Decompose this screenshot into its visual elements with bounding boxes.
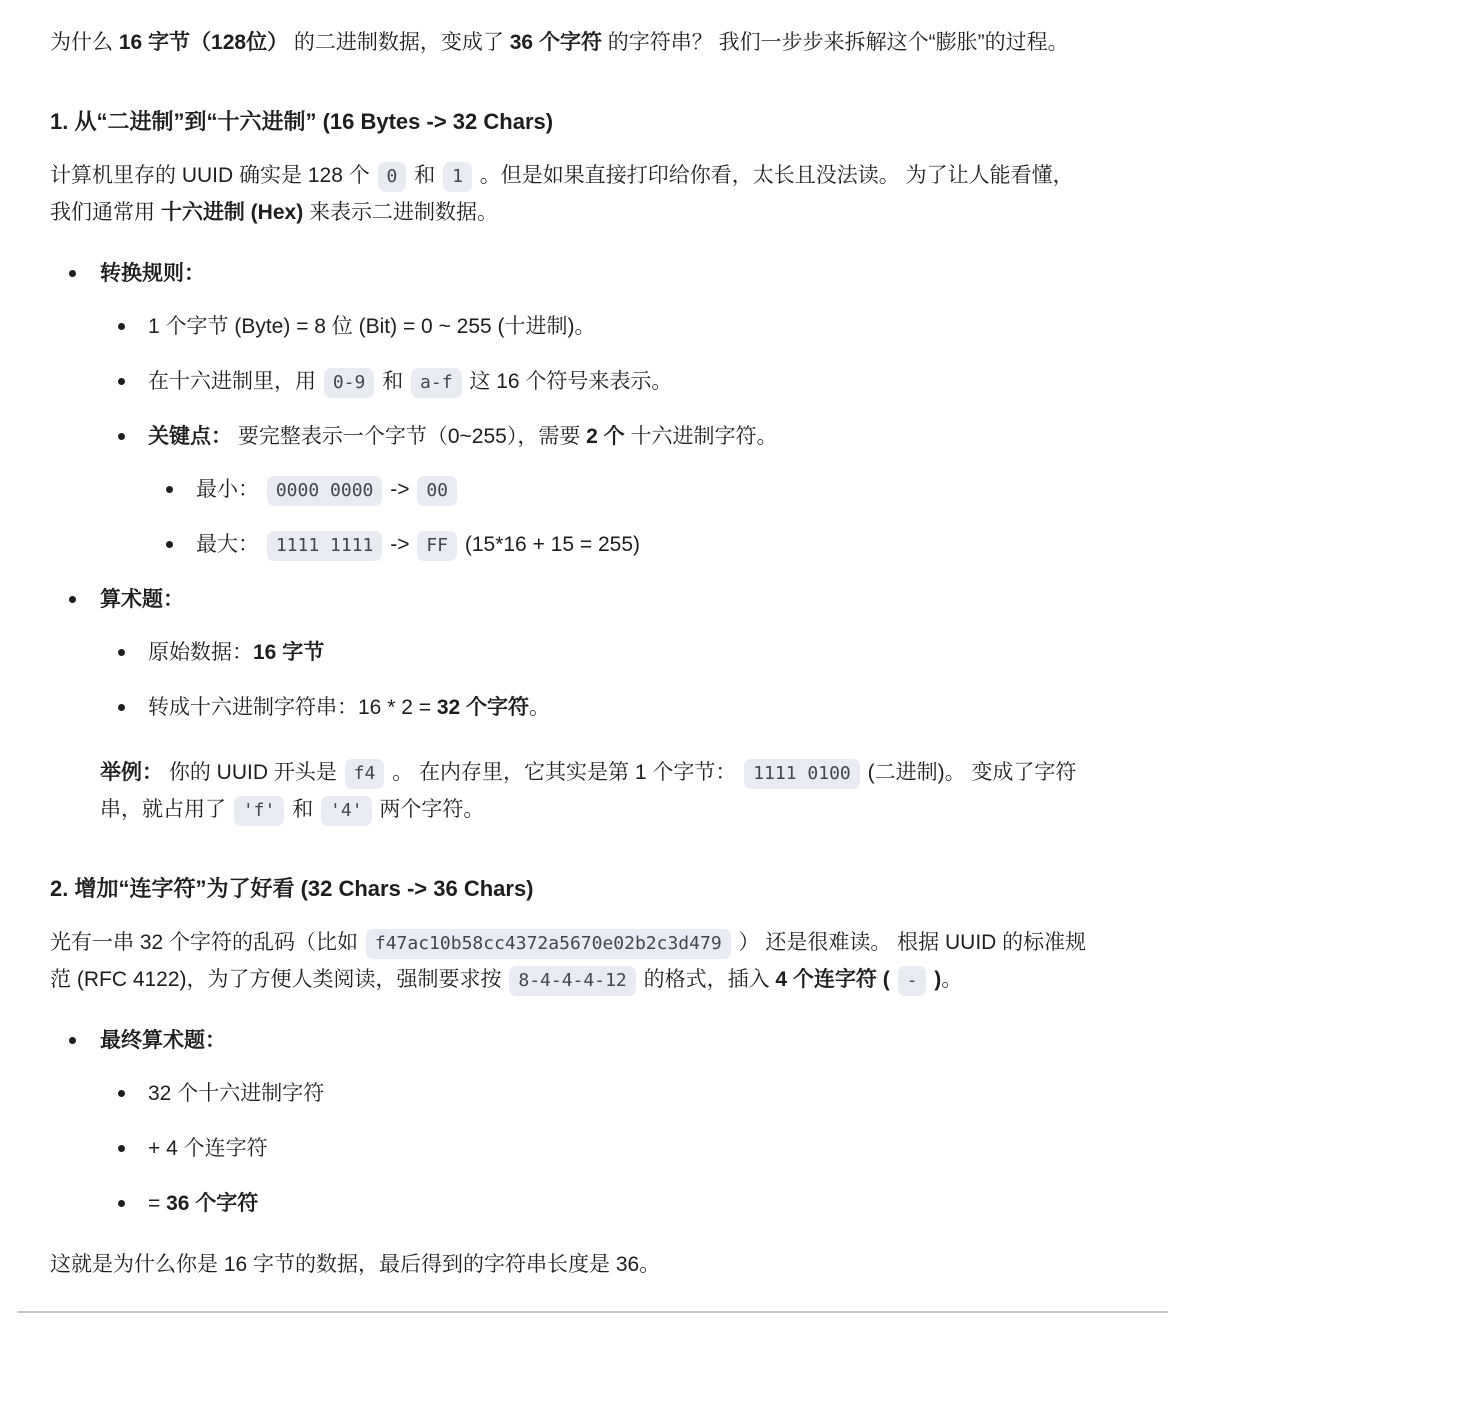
inline-code-chip: 'f' [234, 796, 285, 826]
raw-data-item: 原始数据：16 字节 [100, 634, 1090, 671]
bullet-list: 1 个字节 (Byte) = 8 位 (Bit) = 0 ~ 255 (十进制)… [100, 308, 1090, 563]
bullet-list: 最小： 0000 0000 -> 00最大： 1111 1111 -> FF (… [148, 471, 1090, 563]
text-run: 这 16 个符号来表示。 [464, 370, 673, 393]
text-run: 在十六进制里，用 [148, 370, 322, 393]
document: 为什么 16 字节（128位） 的二进制数据，变成了 36 个字符 的字符串？ … [0, 0, 1461, 1409]
bold-text: 最终算术题： [100, 1029, 226, 1052]
text-run: 为什么 [50, 31, 119, 54]
byte-definition-item: 1 个字节 (Byte) = 8 位 (Bit) = 0 ~ 255 (十进制)… [100, 308, 1090, 345]
text-run: 十六进制字符。 [625, 425, 778, 448]
text-run: 。 [529, 696, 550, 719]
bold-text: 2 个 [586, 425, 625, 448]
bold-text: 36 个字符 [510, 31, 602, 54]
max-example-item: 最大： 1111 1111 -> FF (15*16 + 15 = 255) [148, 526, 1090, 563]
text-run: 两个字符。 [374, 798, 485, 821]
inline-code-chip: 00 [417, 476, 457, 506]
bold-text: 16 字节 [253, 641, 324, 664]
horizontal-divider [17, 1311, 1168, 1313]
bold-text: 十六进制 (Hex) [161, 201, 303, 224]
inline-code-chip: FF [417, 531, 457, 561]
hex-chars-item: 32 个十六进制字符 [100, 1075, 1090, 1112]
section-1-heading: 1. 从“二进制”到“十六进制” (16 Bytes -> 32 Chars) [50, 107, 1090, 137]
text-run: -> [384, 478, 415, 501]
bold-text: 举例： [100, 761, 163, 784]
final-arithmetic-item: 最终算术题：32 个十六进制字符+ 4 个连字符= 36 个字符 [50, 1022, 1090, 1222]
text-run: 原始数据： [148, 641, 253, 664]
text-run: 。 [941, 968, 962, 991]
inline-code-chip: 0000 0000 [267, 476, 383, 506]
min-example-item: 最小： 0000 0000 -> 00 [148, 471, 1090, 508]
section-2-heading: 2. 增加“连字符”为了好看 (32 Chars -> 36 Chars) [50, 874, 1090, 904]
message-content: 为什么 16 字节（128位） 的二进制数据，变成了 36 个字符 的字符串？ … [50, 24, 1090, 1283]
key-point-item: 关键点： 要完整表示一个字节（0~255），需要 2 个 十六进制字符。最小： … [100, 418, 1090, 563]
intro-paragraph: 为什么 16 字节（128位） 的二进制数据，变成了 36 个字符 的字符串？ … [50, 24, 1090, 61]
hex-string-item: 转成十六进制字符串：16 * 2 = 32 个字符。 [100, 689, 1090, 726]
total-item: = 36 个字符 [100, 1185, 1090, 1222]
text-run: 这就是为什么你是 16 字节的数据，最后得到的字符串长度是 36。 [50, 1253, 660, 1276]
section-2-intro: 光有一串 32 个字符的乱码（比如 f47ac10b58cc4372a5670e… [50, 924, 1090, 998]
text-run: 光有一串 32 个字符的乱码（比如 [50, 931, 364, 954]
inline-code-chip: 1111 0100 [744, 759, 860, 789]
inline-code-chip: 0-9 [324, 368, 375, 398]
bullet-list: 原始数据：16 字节转成十六进制字符串：16 * 2 = 32 个字符。 [100, 634, 1090, 726]
text-run: 要完整表示一个字节（0~255），需要 [232, 425, 586, 448]
text-run: 和 [376, 370, 409, 393]
bold-text: 36 个字符 [166, 1192, 258, 1215]
text-run: 和 [286, 798, 319, 821]
inline-code-chip: - [898, 966, 927, 996]
text-run: 1 个字节 (Byte) = 8 位 (Bit) = 0 ~ 255 (十进制)… [148, 315, 596, 338]
conclusion-paragraph: 这就是为什么你是 16 字节的数据，最后得到的字符串长度是 36。 [50, 1246, 1090, 1283]
text-run: 的二进制数据，变成了 [288, 31, 510, 54]
text-run: + 4 个连字符 [148, 1137, 268, 1160]
text-run: 最小： [196, 478, 265, 501]
inline-code-chip: 8-4-4-4-12 [509, 966, 635, 996]
final-arithmetic-list: 最终算术题：32 个十六进制字符+ 4 个连字符= 36 个字符 [50, 1022, 1090, 1222]
bold-text: 关键点： [148, 425, 232, 448]
bold-text: 算术题： [100, 588, 184, 611]
text-run: 的字符串？ 我们一步步来拆解这个“膨胀”的过程。 [602, 31, 1069, 54]
text-run: = [148, 1192, 166, 1215]
text-run: 的格式，插入 [638, 968, 776, 991]
text-run: 计算机里存的 UUID 确实是 128 个 [50, 164, 376, 187]
example-paragraph: 举例： 你的 UUID 开头是 f4 。 在内存里，它其实是第 1 个字节： 1… [100, 754, 1090, 828]
hyphens-item: + 4 个连字符 [100, 1130, 1090, 1167]
conversion-list: 转换规则：1 个字节 (Byte) = 8 位 (Bit) = 0 ~ 255 … [50, 255, 1090, 828]
bold-text: 4 个连字符 ( [775, 968, 889, 991]
text-run: 。 在内存里，它其实是第 1 个字节： [386, 761, 742, 784]
text-run: 和 [408, 164, 441, 187]
text-run: (15*16 + 15 = 255) [459, 533, 640, 556]
rules-item: 转换规则：1 个字节 (Byte) = 8 位 (Bit) = 0 ~ 255 … [50, 255, 1090, 563]
inline-code-chip: f4 [345, 759, 385, 789]
inline-code-chip: 1111 1111 [267, 531, 383, 561]
text-run: 32 个十六进制字符 [148, 1082, 324, 1105]
text-run: 来表示二进制数据。 [303, 201, 498, 224]
inline-code-chip: 1 [443, 162, 472, 192]
bold-text: 转换规则： [100, 262, 205, 285]
inline-code-chip: f47ac10b58cc4372a5670e02b2c3d479 [366, 929, 731, 959]
text-run: 最大： [196, 533, 265, 556]
bold-text: 32 个字符 [437, 696, 529, 719]
bullet-list: 32 个十六进制字符+ 4 个连字符= 36 个字符 [100, 1075, 1090, 1222]
hex-symbols-item: 在十六进制里，用 0-9 和 a-f 这 16 个符号来表示。 [100, 363, 1090, 400]
text-run: -> [384, 533, 415, 556]
section-1-intro: 计算机里存的 UUID 确实是 128 个 0 和 1 。但是如果直接打印给你看… [50, 157, 1090, 231]
text-run: 转成十六进制字符串：16 * 2 = [148, 696, 437, 719]
inline-code-chip: '4' [321, 796, 372, 826]
bold-text: 16 字节（128位） [119, 31, 288, 54]
text-run [890, 968, 896, 991]
inline-code-chip: 0 [378, 162, 407, 192]
arithmetic-item: 算术题：原始数据：16 字节转成十六进制字符串：16 * 2 = 32 个字符。… [50, 581, 1090, 828]
inline-code-chip: a-f [411, 368, 462, 398]
text-run: 你的 UUID 开头是 [163, 761, 343, 784]
